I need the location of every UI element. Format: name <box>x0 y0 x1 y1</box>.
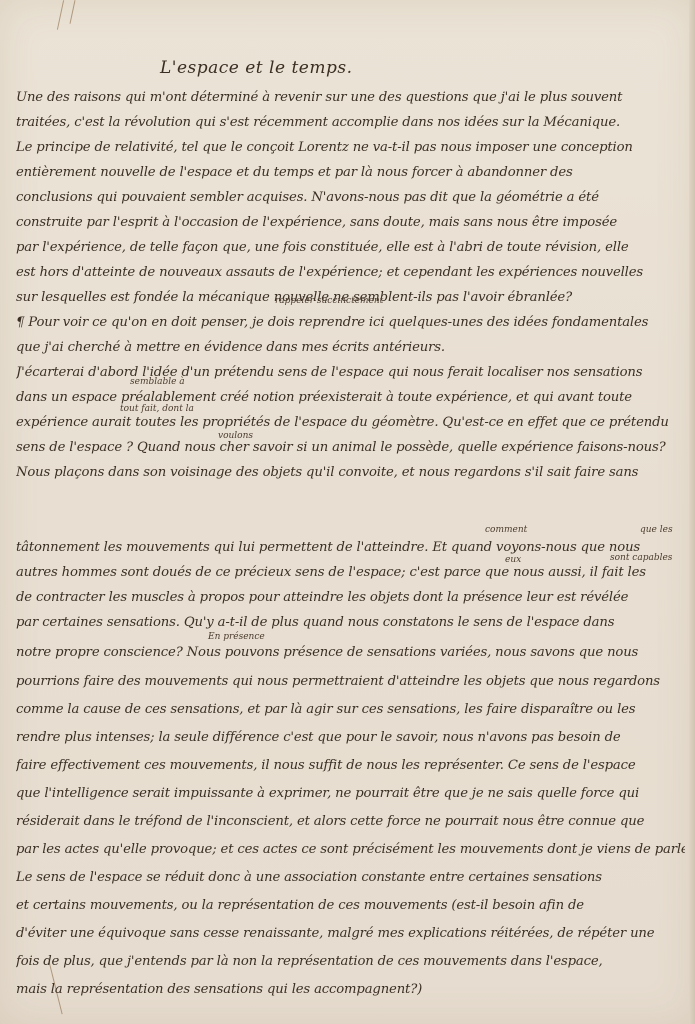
text-line: et certains mouvements, ou la représenta… <box>16 896 685 916</box>
text-line: expérience aurait toutes les propriétés … <box>16 413 685 433</box>
text-line: d'éviter une équivoque sans cesse renais… <box>16 924 685 944</box>
text-line: par l'expérience, de telle façon que, un… <box>16 238 685 258</box>
insertion-note: rappeler succinctement <box>275 296 383 306</box>
text-line: dans un espace préalablement créé notion… <box>16 388 685 408</box>
insertion-note: semblable à <box>130 377 185 387</box>
text-line: par certaines sensations. Qu'y a-t-il de… <box>16 613 685 633</box>
text-line: Le sens de l'espace se réduit donc à une… <box>16 868 685 888</box>
text-line: construite par l'esprit à l'occasion de … <box>16 213 685 233</box>
ink-mark <box>70 0 76 24</box>
insertion-note: que les <box>640 525 673 535</box>
text-line: pourrions faire des mouvements qui nous … <box>16 672 685 692</box>
manuscript-title: L'espace et le temps. <box>160 58 352 78</box>
text-line: que l'intelligence serait impuissante à … <box>16 784 685 804</box>
text-line: notre propre conscience? Nous pouvons pr… <box>16 643 685 663</box>
text-line: est hors d'atteinte de nouveaux assauts … <box>16 263 685 283</box>
text-line: autres hommes sont doués de ce précieux … <box>16 563 685 583</box>
text-line: Une des raisons qui m'ont déterminé à re… <box>16 88 685 108</box>
text-line: de contracter les muscles à propos pour … <box>16 588 685 608</box>
text-line: sens de l'espace ? Quand nous cher savoi… <box>16 438 685 458</box>
text-line: mais la représentation des sensations qu… <box>16 980 685 1000</box>
text-line: résiderait dans le tréfond de l'inconsci… <box>16 812 685 832</box>
text-line: que j'ai cherché à mettre en évidence da… <box>16 338 685 358</box>
insertion-note: En présence <box>208 632 265 642</box>
text-line: Nous plaçons dans son voisinage des obje… <box>16 463 685 483</box>
manuscript-page: L'espace et le temps. Une des raisons qu… <box>0 0 695 1024</box>
text-line: comme la cause de ces sensations, et par… <box>16 700 685 720</box>
text-line: traitées, c'est la révolution qui s'est … <box>16 113 685 133</box>
text-line: fois de plus, que j'entends par là non l… <box>16 952 685 972</box>
ink-mark <box>57 0 64 30</box>
text-line: tâtonnement les mouvements qui lui perme… <box>16 538 685 558</box>
insertion-note: sont capables <box>610 553 672 563</box>
text-line: faire effectivement ces mouvements, il n… <box>16 756 685 776</box>
insertion-note: comment <box>485 525 527 535</box>
text-line: entièrement nouvelle de l'espace et du t… <box>16 163 685 183</box>
text-line: par les actes qu'elle provoque; et ces a… <box>16 840 685 860</box>
text-line: ¶ Pour voir ce qu'on en doit penser, je … <box>16 313 685 333</box>
text-line: Le principe de relativité, tel que le co… <box>16 138 685 158</box>
text-line: rendre plus intenses; la seule différenc… <box>16 728 685 748</box>
page-edge <box>689 0 695 1024</box>
text-line: J'écarterai d'abord l'idée d'un prétendu… <box>16 363 685 383</box>
text-line: conclusions qui pouvaient sembler acquis… <box>16 188 685 208</box>
